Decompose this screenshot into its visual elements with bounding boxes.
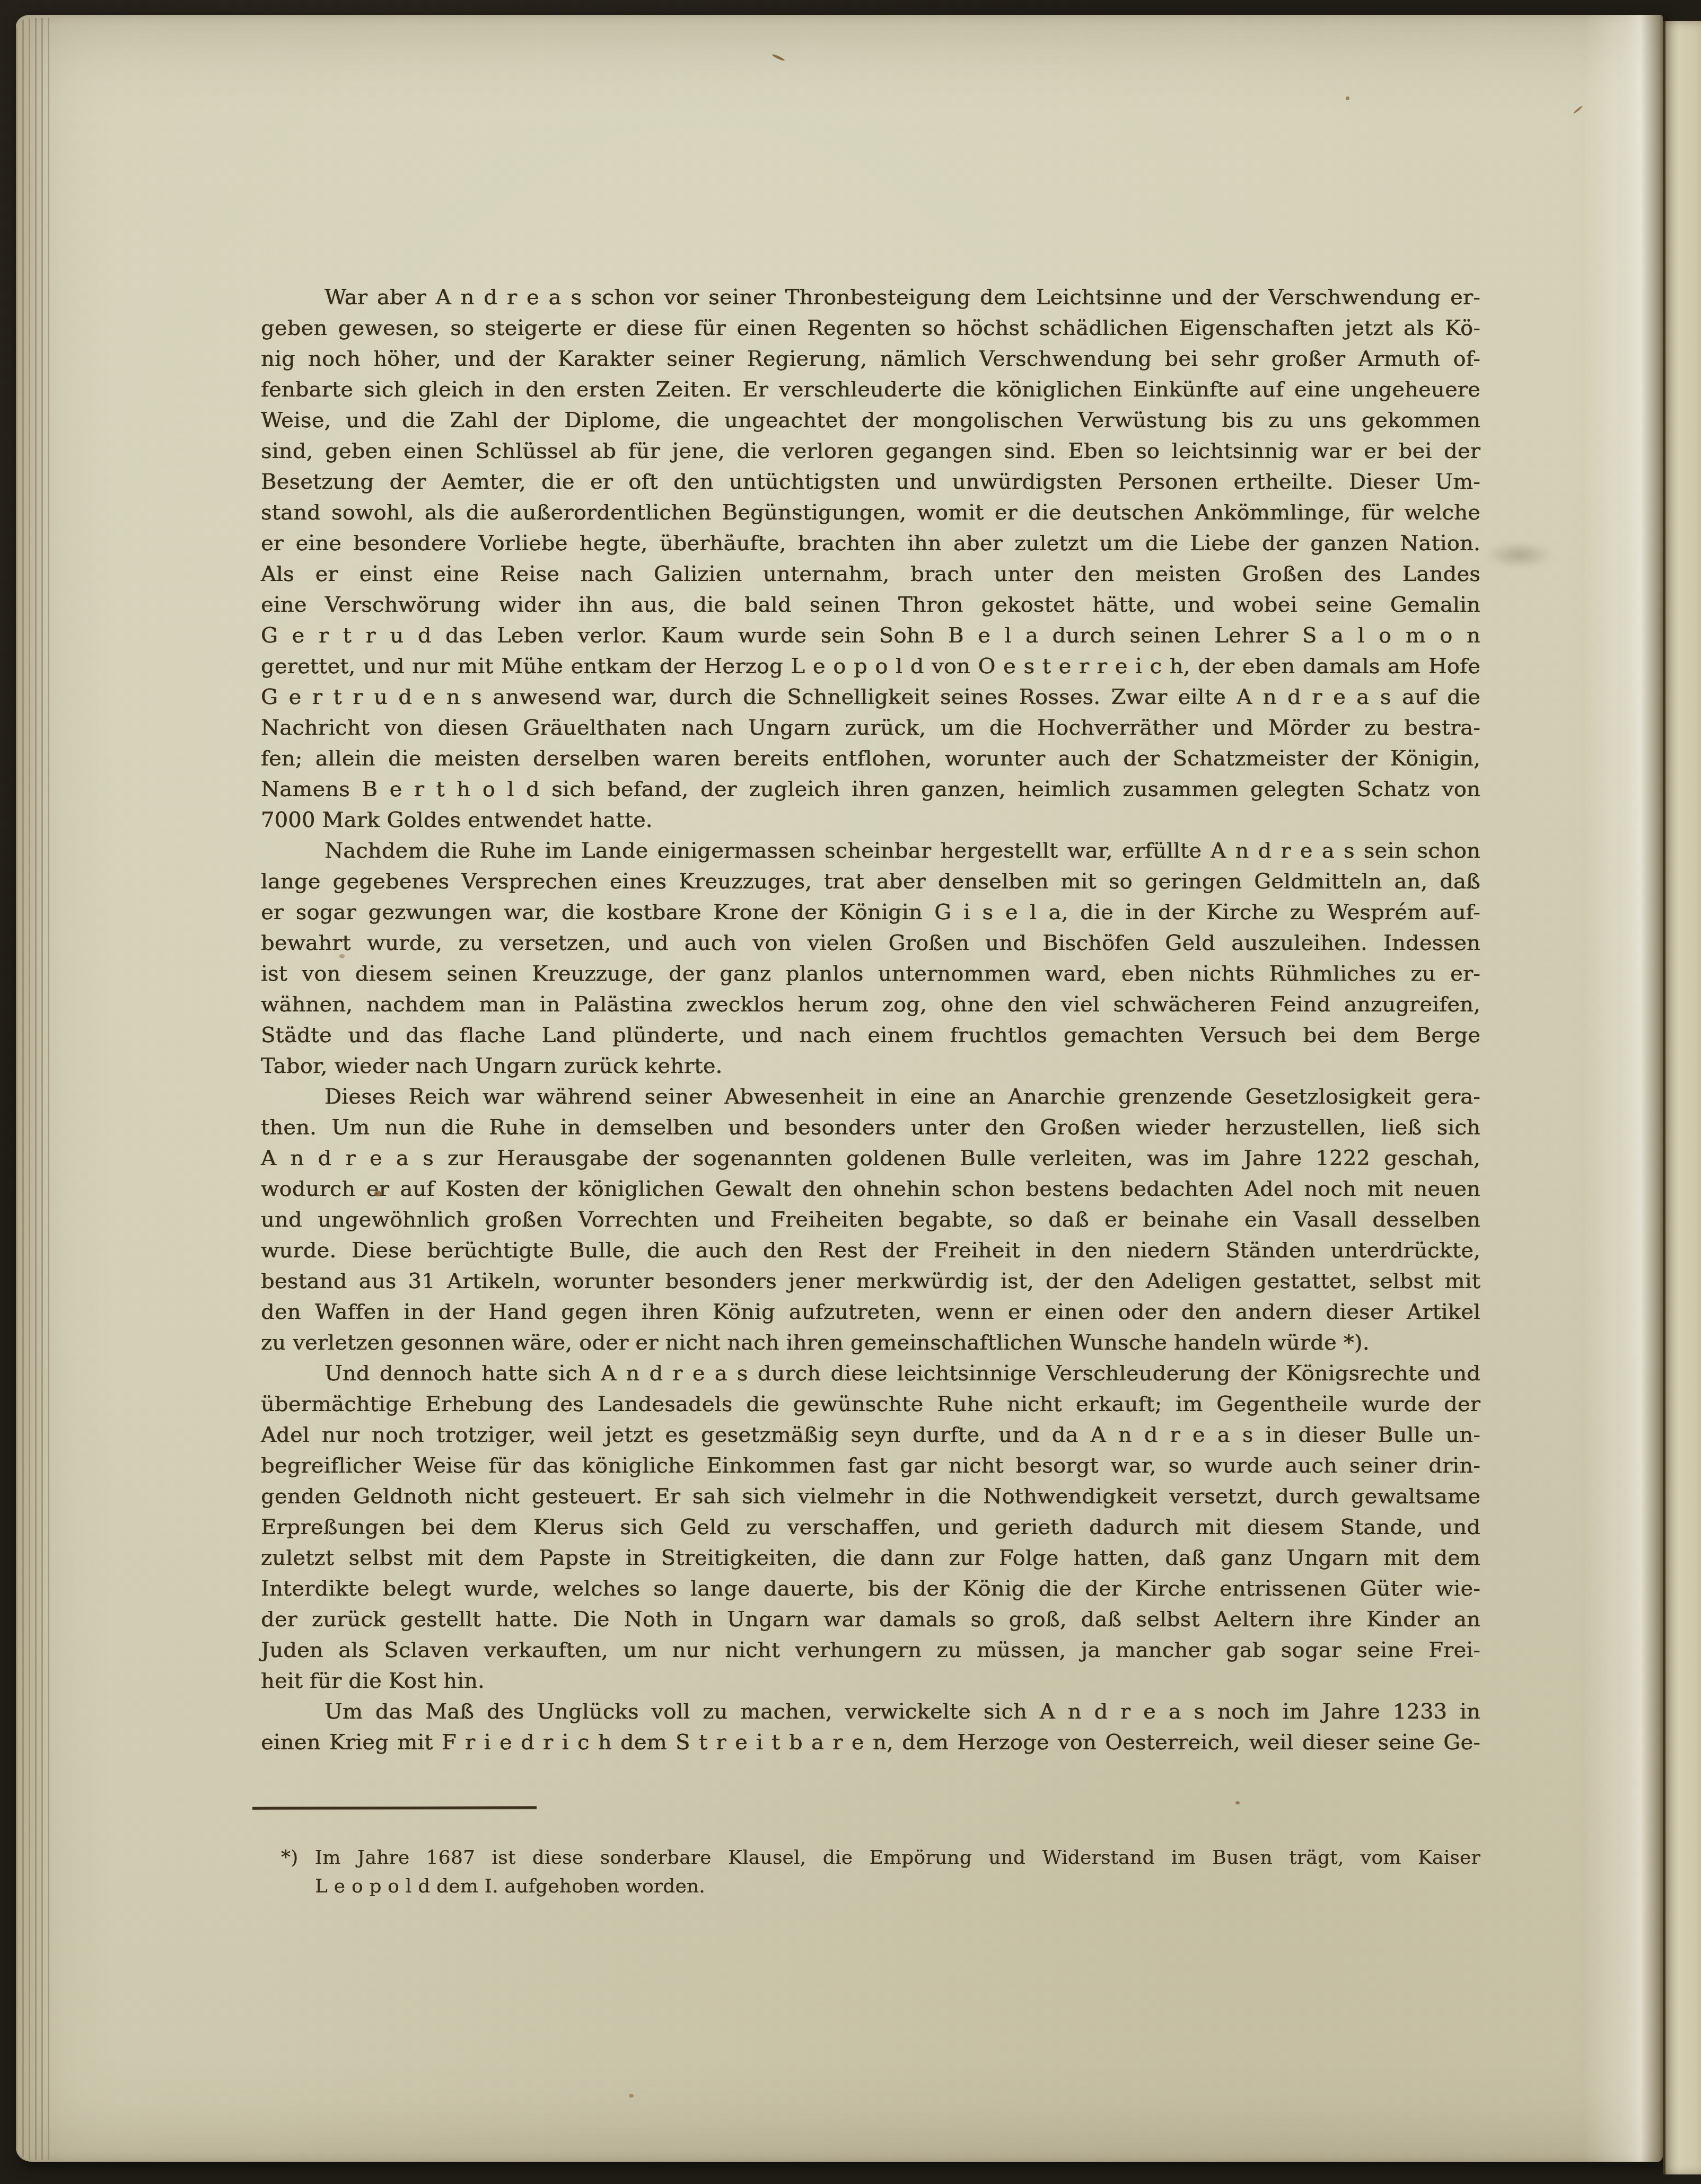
text-line: Besetzung der Aemter, die er oft den unt… xyxy=(261,466,1480,497)
scanned-book-page: War aber A n d r e a s schon vor seiner … xyxy=(0,0,1701,2184)
paper-speck xyxy=(629,2094,634,2098)
text-line: sind, geben einen Schlüssel ab für jene,… xyxy=(261,436,1480,466)
footnote-line: L e o p o l d dem I. aufgehoben worden. xyxy=(281,1872,1480,1901)
text-line: wodurch er auf Kosten der königlichen Ge… xyxy=(261,1174,1480,1204)
text-line: einen Krieg mit F r i e d r i c h dem S … xyxy=(261,1727,1480,1758)
text-line: Adel nur noch trotziger, weil jetzt es g… xyxy=(261,1420,1480,1450)
text-line: den Waffen in der Hand gegen ihren König… xyxy=(261,1297,1480,1327)
text-line: wähnen, nachdem man in Palästina zwecklo… xyxy=(261,989,1480,1020)
paper-speck xyxy=(1235,1801,1240,1804)
text-line: Erpreßungen bei dem Klerus sich Geld zu … xyxy=(261,1512,1480,1543)
text-line: der zurück gestellt hatte. Die Noth in U… xyxy=(261,1604,1480,1635)
footnote: *) Im Jahre 1687 ist diese sonderbare Kl… xyxy=(281,1844,1480,1901)
text-line: eine Verschwörung wider ihn aus, die bal… xyxy=(261,589,1480,620)
ink-smudge xyxy=(1485,542,1554,568)
text-line: Städte und das flache Land plünderte, un… xyxy=(261,1020,1480,1051)
text-line: fenbarte sich gleich in den ersten Zeite… xyxy=(261,374,1480,405)
text-line: lange gegebenes Versprechen eines Kreuzz… xyxy=(261,866,1480,897)
text-line: Interdikte belegt wurde, welches so lang… xyxy=(261,1573,1480,1604)
text-line: A n d r e a s zur Herausgabe der sogenan… xyxy=(261,1143,1480,1174)
text-line: G e r t r u d das Leben verlor. Kaum wur… xyxy=(261,620,1480,651)
text-line: stand sowohl, als die außerordentlichen … xyxy=(261,497,1480,528)
text-line: ist von diesem seinen Kreuzzuge, der gan… xyxy=(261,958,1480,989)
text-line: Namens B e r t h o l d sich befand, der … xyxy=(261,774,1480,805)
text-block: War aber A n d r e a s schon vor seiner … xyxy=(261,282,1480,1758)
text-line: er sogar gezwungen war, die kostbare Kro… xyxy=(261,897,1480,928)
text-line: und ungewöhnlich großen Vorrechten und F… xyxy=(261,1204,1480,1235)
book-gutter xyxy=(1663,21,1701,2174)
text-line: then. Um nun die Ruhe in demselben und b… xyxy=(261,1112,1480,1143)
paper-speck xyxy=(374,1191,381,1196)
text-line: begreiflicher Weise für das königliche E… xyxy=(261,1450,1480,1481)
page-edge-lines xyxy=(16,18,51,2160)
text-line: War aber A n d r e a s schon vor seiner … xyxy=(261,282,1480,313)
text-line: genden Geldnoth nicht gesteuert. Er sah … xyxy=(261,1481,1480,1512)
text-line: Nachricht von diesen Gräuelthaten nach U… xyxy=(261,712,1480,743)
text-line: er eine besondere Vorliebe hegte, überhä… xyxy=(261,528,1480,559)
text-line: gerettet, und nur mit Mühe entkam der He… xyxy=(261,651,1480,682)
paper-speck xyxy=(1346,96,1349,100)
text-line: zu verletzen gesonnen wäre, oder er nich… xyxy=(261,1327,1480,1358)
text-line: wurde. Diese berüchtigte Bulle, die auch… xyxy=(261,1235,1480,1266)
text-line: bewahrt wurde, zu versetzen, und auch vo… xyxy=(261,928,1480,958)
paper-speck xyxy=(339,954,345,958)
text-line: nig noch höher, und der Karakter seiner … xyxy=(261,344,1480,374)
footnote-line: *) Im Jahre 1687 ist diese sonderbare Kl… xyxy=(281,1844,1480,1872)
text-line: Tabor, wieder nach Ungarn zurück kehrte. xyxy=(261,1051,1480,1081)
text-line: Nachdem die Ruhe im Lande einigermassen … xyxy=(261,835,1480,866)
text-line: bestand aus 31 Artikeln, worunter besond… xyxy=(261,1266,1480,1297)
text-line: Als er einst eine Reise nach Galizien un… xyxy=(261,559,1480,589)
text-line: Um das Maß des Unglücks voll zu machen, … xyxy=(261,1696,1480,1727)
text-line: fen; allein die meisten derselben waren … xyxy=(261,743,1480,774)
text-line: zuletzt selbst mit dem Papste in Streiti… xyxy=(261,1543,1480,1573)
paper-speck xyxy=(1316,1623,1322,1627)
text-line: Dieses Reich war während seiner Abwesenh… xyxy=(261,1081,1480,1112)
text-line: 7000 Mark Goldes entwendet hatte. xyxy=(261,805,1480,835)
text-line: geben gewesen, so steigerte er diese für… xyxy=(261,313,1480,344)
text-line: übermächtige Erhebung des Landesadels di… xyxy=(261,1389,1480,1420)
text-line: Juden als Sclaven verkauften, um nur nic… xyxy=(261,1635,1480,1666)
text-line: Und dennoch hatte sich A n d r e a s dur… xyxy=(261,1358,1480,1389)
text-line: heit für die Kost hin. xyxy=(261,1666,1480,1696)
text-line: G e r t r u d e n s anwesend war, durch … xyxy=(261,682,1480,712)
text-line: Weise, und die Zahl der Diplome, die ung… xyxy=(261,405,1480,436)
